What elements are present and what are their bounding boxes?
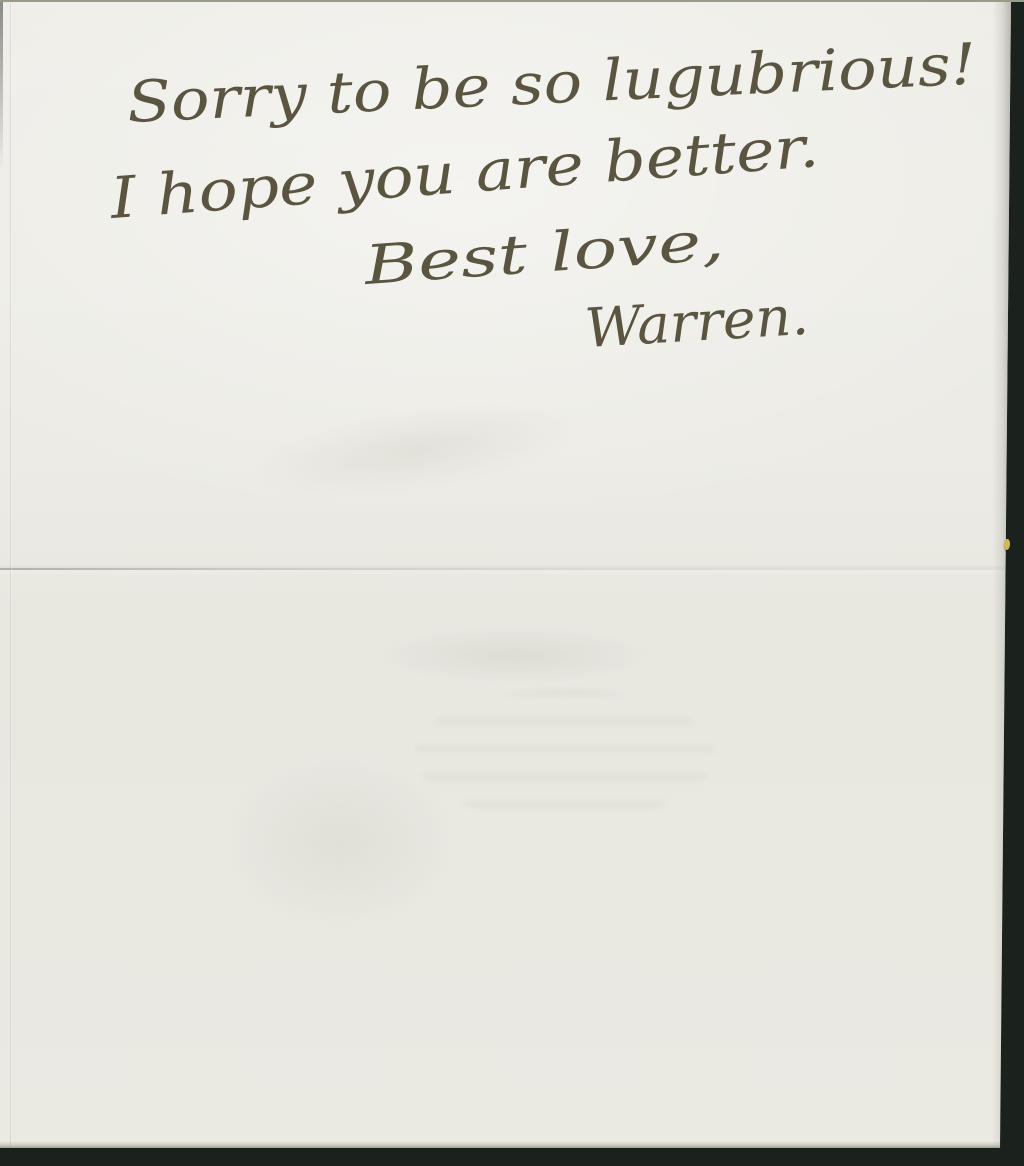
paper-right-edge <box>992 2 1011 1148</box>
scan-left-sliver <box>0 2 3 172</box>
ink-bleedthrough <box>225 757 455 927</box>
ink-bleedthrough <box>246 387 584 512</box>
ink-bleedthrough <box>415 690 715 820</box>
ink-bleedthrough <box>380 628 650 683</box>
fold-crease <box>0 568 1024 570</box>
letter-paper <box>0 2 1024 1148</box>
scanned-letter-page: { "letter": { "lines": [ "Sorry to be so… <box>0 0 1024 1166</box>
yellow-ink-fleck <box>1004 539 1010 550</box>
paper-left-line <box>10 2 11 1148</box>
scan-top-edge <box>0 0 1024 2</box>
paper-bottom-edge <box>0 1141 1011 1148</box>
